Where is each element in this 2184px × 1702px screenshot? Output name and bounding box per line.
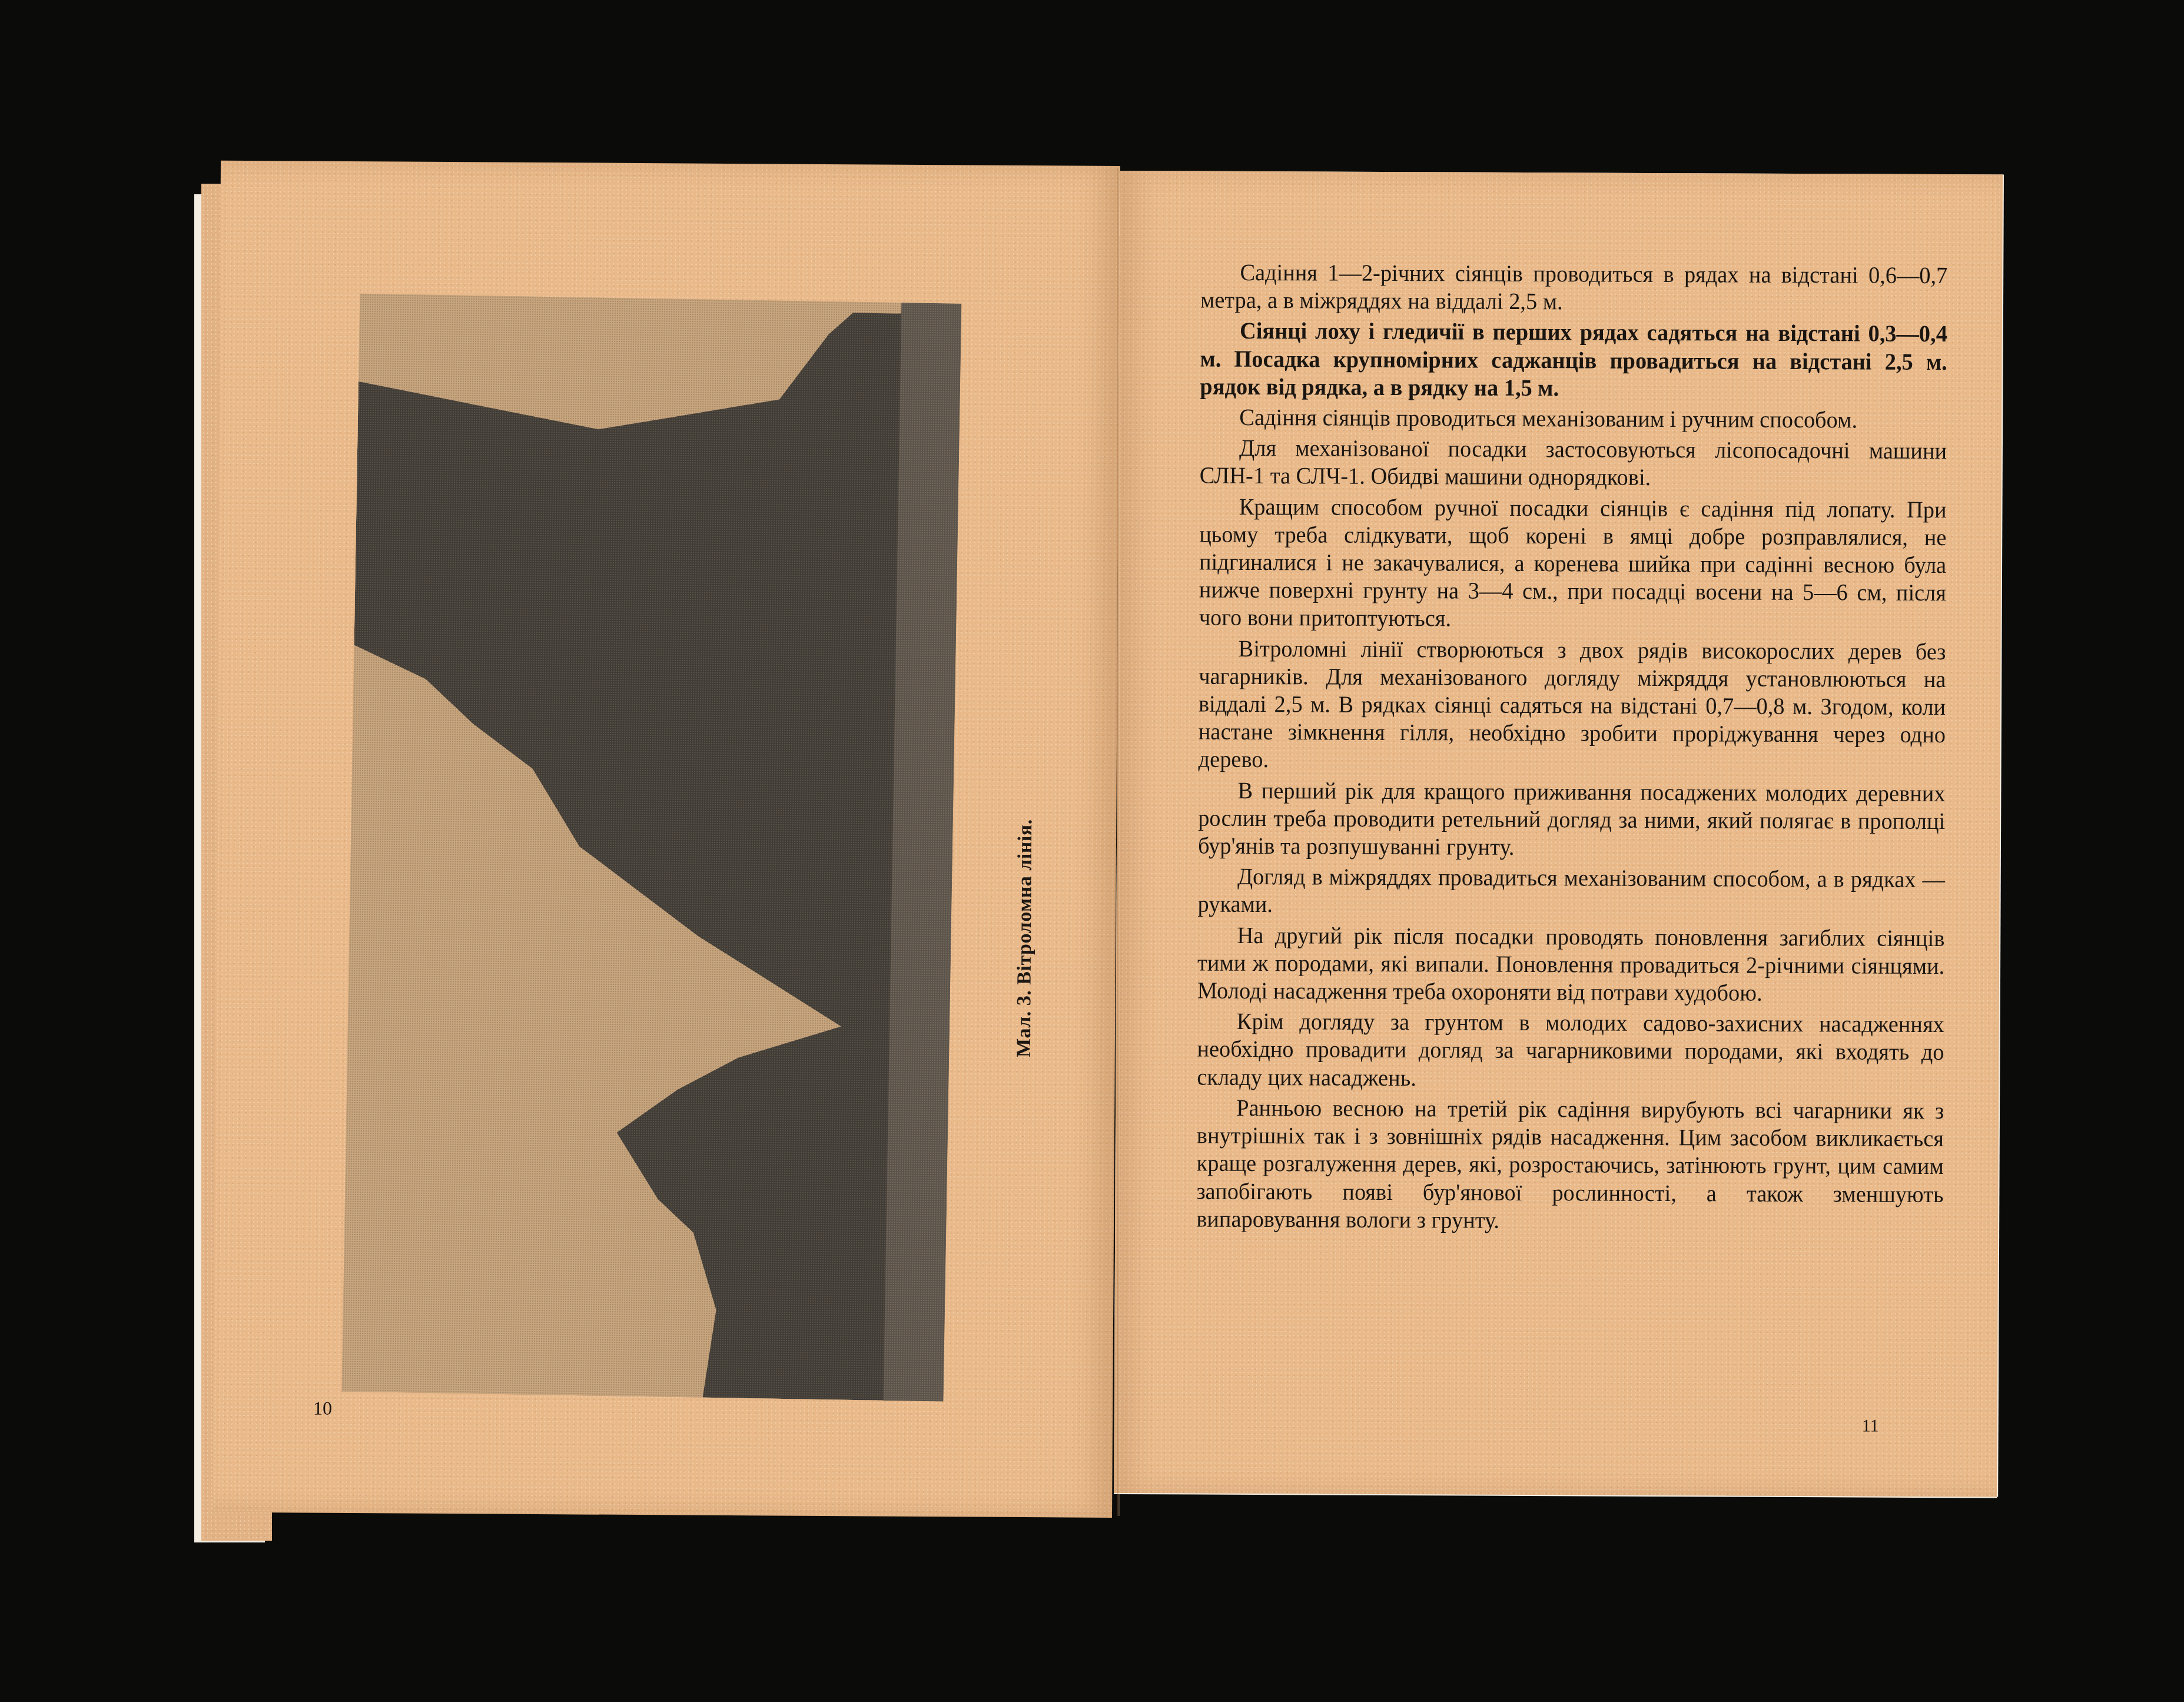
paragraph: Вітроломні лінії створюються з двох ряді… [1199,634,1946,777]
paragraph: Сіянці лоху і гледичії в перших рядах са… [1200,317,1947,403]
paragraph: Садіння сіянців проводиться механізовани… [1200,403,1947,434]
right-page: Садіння 1—2-річних сіянців проводиться в… [1114,171,2003,1497]
figure-caption: Мал. 3. Вітроломна лінія. [1013,819,1037,1057]
windbreak-photo [342,294,962,1402]
body-text: Садіння 1—2-річних сіянців проводиться в… [1196,258,1947,1239]
paragraph: Ранньою весною на третій рік садіння вир… [1196,1093,1944,1236]
paragraph: Для механізованої посадки застосовуються… [1200,434,1947,493]
left-page: Мал. 3. Вітроломна лінія. 10 [213,161,1120,1518]
paragraph: На другий рік після посадки проводять по… [1197,921,1945,1007]
page-number-right: 11 [1862,1416,1879,1436]
page-number-left: 10 [313,1398,332,1419]
book-spine-gutter [1117,168,1120,1516]
paragraph: Садіння 1—2-річних сіянців проводиться в… [1200,258,1948,317]
paragraph: Кращим способом ручної посадки сіянців є… [1199,492,1947,635]
paragraph: Догляд в міжряддях провадиться механізов… [1197,862,1945,921]
paragraph: Крім догляду за грунтом в молодих садово… [1197,1007,1944,1094]
paragraph: В перший рік для кращого приживання поса… [1198,776,1946,862]
